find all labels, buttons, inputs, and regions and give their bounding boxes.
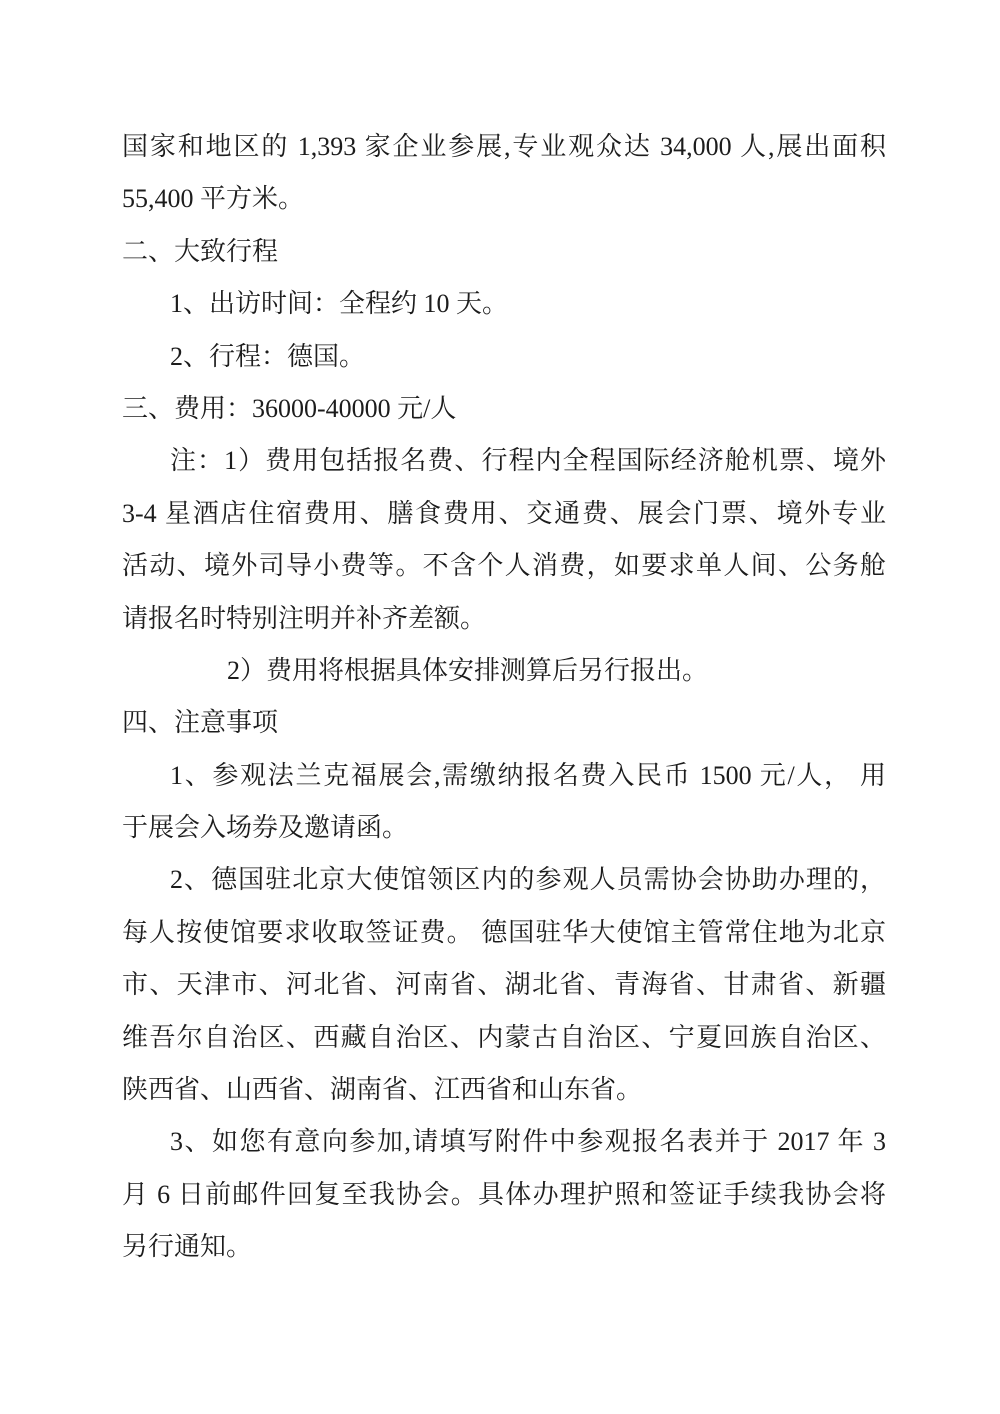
line-note2-4: 维吾尔自治区、西藏自治区、内蒙古自治区、宁夏回族自治区、 xyxy=(122,1012,886,1064)
line-intro-2: 55,400 平方米。 xyxy=(122,173,886,225)
line-note2-2: 每人按使馆要求收取签证费。 德国驻华大使馆主管常住地为北京 xyxy=(122,907,886,959)
line-note2-1: 2、德国驻北京大使馆领区内的参观人员需协会协助办理的， xyxy=(122,854,886,906)
line-note1-1: 1、参观法兰克福展会,需缴纳报名费入民币 1500 元/人， 用 xyxy=(122,750,886,802)
line-note1-2: 于展会入场券及邀请函。 xyxy=(122,802,886,854)
heading-section-2-itinerary: 二、大致行程 xyxy=(122,226,886,278)
line-cost-note1-2: 3-4 星酒店住宿费用、膳食费用、交通费、展会门票、境外专业 xyxy=(122,488,886,540)
line-cost-note1-4: 请报名时特别注明并补齐差额。 xyxy=(122,593,886,645)
line-note3-3: 另行通知。 xyxy=(122,1221,886,1273)
line-note3-1: 3、如您有意向参加,请填写附件中参观报名表并于 2017 年 3 xyxy=(122,1116,886,1168)
document-body: 国家和地区的 1,393 家企业参展,专业观众达 34,000 人,展出面积 5… xyxy=(122,121,886,1274)
line-cost-note1-1: 注：1）费用包括报名费、行程内全程国际经济舱机票、境外 xyxy=(122,435,886,487)
line-itinerary-destination: 2、行程：德国。 xyxy=(122,331,886,383)
document-page: 国家和地区的 1,393 家企业参展,专业观众达 34,000 人,展出面积 5… xyxy=(0,0,1000,1414)
line-note2-3: 市、天津市、河北省、河南省、湖北省、青海省、甘肃省、新疆 xyxy=(122,959,886,1011)
line-intro-1: 国家和地区的 1,393 家企业参展,专业观众达 34,000 人,展出面积 xyxy=(122,121,886,173)
line-note2-5: 陕西省、山西省、湖南省、江西省和山东省。 xyxy=(122,1064,886,1116)
line-cost-note1-3: 活动、境外司导小费等。不含个人消费，如要求单人间、公务舱 xyxy=(122,540,886,592)
heading-section-4-notes: 四、注意事项 xyxy=(122,697,886,749)
heading-section-3-cost: 三、费用：36000-40000 元/人 xyxy=(122,383,886,435)
line-note3-2: 月 6 日前邮件回复至我协会。具体办理护照和签证手续我协会将 xyxy=(122,1169,886,1221)
line-itinerary-duration: 1、出访时间：全程约 10 天。 xyxy=(122,278,886,330)
line-cost-note2: 2）费用将根据具体安排测算后另行报出。 xyxy=(122,645,886,697)
